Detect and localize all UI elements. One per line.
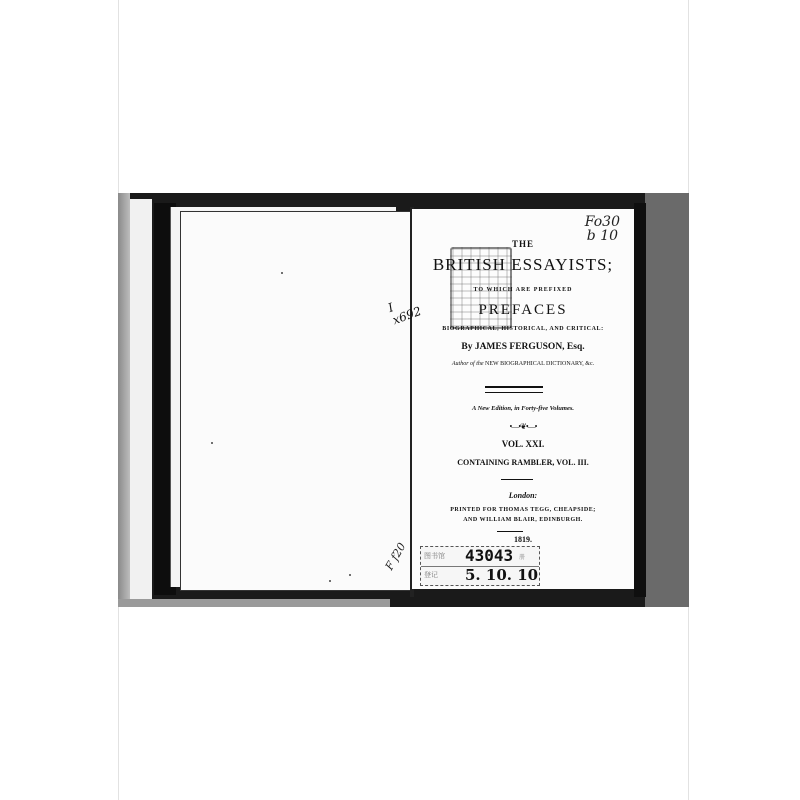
- paper-speck: [349, 574, 351, 576]
- accession-date-prefix: 登记: [424, 570, 438, 580]
- volume-number: VOL. XXI.: [412, 439, 634, 449]
- binding-edge: [130, 199, 152, 599]
- author-line: By JAMES FERGUSON, Esq.: [412, 342, 634, 352]
- title-page: Fo30 b 10 I x692 THE BRITISH ESSAYISTS; …: [412, 209, 634, 589]
- accession-label-prefix: 图书馆: [424, 551, 445, 561]
- imprint-place: London:: [412, 491, 634, 500]
- left-page-flyleaf: F f20: [180, 211, 414, 591]
- author-credentials: Author of the NEW BIOGRAPHICAL DICTIONAR…: [412, 361, 634, 367]
- shelfmark-line: Fo30: [585, 215, 620, 229]
- accession-label-row: 登记 5. 10. 10: [421, 566, 539, 585]
- accession-label-row: 图书馆 43043 册: [421, 547, 539, 567]
- book-cover-board-right: [634, 203, 646, 597]
- scan-background-strip: [118, 193, 130, 607]
- author-of-prefix: Author of the: [452, 361, 484, 367]
- accession-label: 图书馆 43043 册 登记 5. 10. 10: [420, 546, 540, 586]
- rule-divider: [497, 531, 523, 532]
- volume-contents: CONTAINING RAMBLER, VOL. III.: [412, 458, 634, 467]
- accession-label-suffix: 册: [519, 552, 525, 561]
- scan-bottom-edge: [118, 599, 390, 607]
- title-the: THE: [412, 239, 634, 249]
- imprint-printer-line-2: AND WILLIAM BLAIR, EDINBURGH.: [412, 517, 634, 523]
- paper-speck: [211, 442, 213, 444]
- paper-speck: [281, 272, 283, 274]
- edition-line: A New Edition, in Forty-five Volumes.: [412, 405, 634, 412]
- paper-speck: [329, 580, 331, 582]
- imprint-printer-line-1: PRINTED FOR THOMAS TEGG, CHEAPSIDE;: [412, 507, 634, 513]
- handwritten-note: F f20: [383, 541, 409, 573]
- title-descriptor: BIOGRAPHICAL, HISTORICAL, AND CRITICAL:: [412, 326, 634, 332]
- book-title: BRITISH ESSAYISTS;: [412, 255, 634, 275]
- double-rule-divider: [485, 386, 543, 393]
- imprint-year: 1819.: [412, 535, 634, 544]
- author-of-work: NEW BIOGRAPHICAL DICTIONARY, &c.: [485, 361, 594, 367]
- accession-number: 43043: [465, 546, 513, 565]
- rule-divider: [501, 479, 533, 480]
- title-prefaces: PREFACES: [412, 302, 634, 319]
- scan-background-strip-right: [645, 193, 689, 607]
- accession-date: 5. 10. 10: [465, 566, 538, 584]
- title-prefixed-line: TO WHICH ARE PREFIXED: [412, 287, 634, 293]
- book-scan: F f20 Fo30 b 10 I x692 THE BRITISH ESSAY…: [118, 193, 689, 607]
- ornament-divider: •—•❦•—•: [412, 422, 634, 431]
